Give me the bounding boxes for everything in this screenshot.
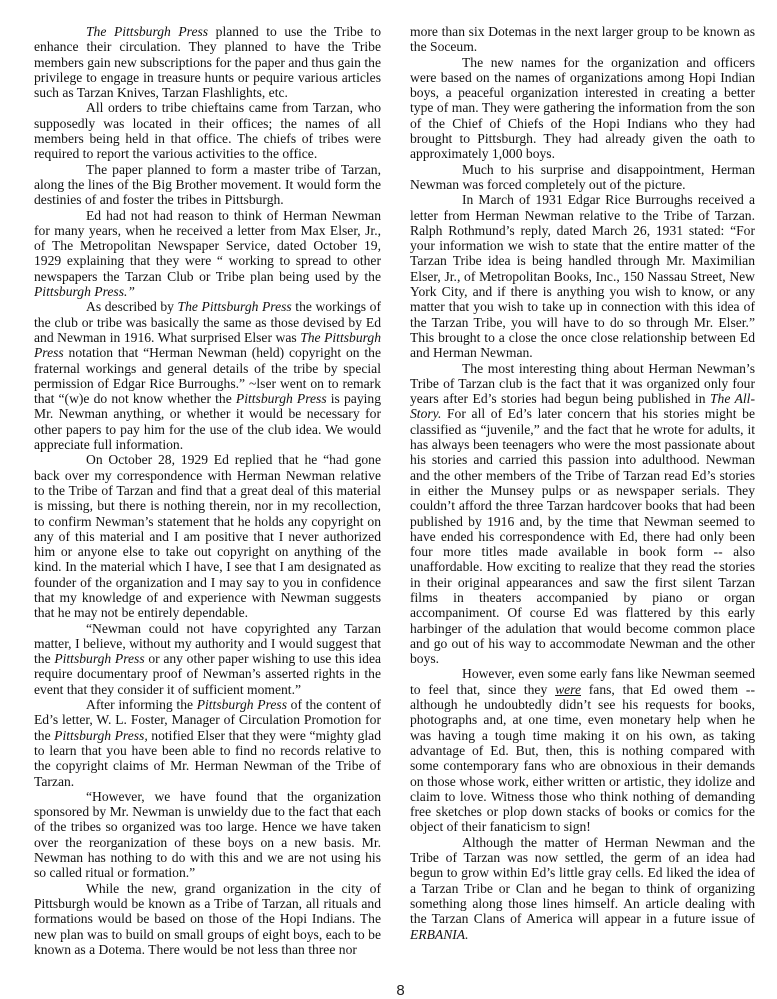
body-text: While the new, grand organization in the…	[34, 881, 381, 957]
body-text: Much to his surprise and disappointment,…	[410, 162, 755, 192]
paragraph-p13: Much to his surprise and disappointment,…	[410, 162, 755, 193]
paragraph-p16: However, even some early fans like Newma…	[410, 666, 755, 834]
body-text: On October 28, 1929 Ed replied that he “…	[34, 452, 381, 620]
document-page: The Pittsburgh Press planned to use the …	[0, 0, 777, 999]
paragraph-p14: In March of 1931 Edgar Rice Burroughs re…	[410, 192, 755, 360]
body-text: The paper planned to form a master tribe…	[34, 162, 381, 208]
body-text: Although the matter of Herman Newman and…	[410, 835, 755, 926]
paragraph-p7: “Newman could not have copyrighted any T…	[34, 621, 381, 697]
italic-text: were	[555, 682, 581, 697]
body-text: In March of 1931 Edgar Rice Burroughs re…	[410, 192, 755, 360]
paragraph-p10: While the new, grand organization in the…	[34, 881, 381, 957]
body-text: more than six Dotemas in the next larger…	[410, 24, 755, 54]
italic-text: Pittsburgh Press	[236, 391, 327, 406]
right-column: more than six Dotemas in the next larger…	[410, 24, 755, 942]
paragraph-p9: “However, we have found that the organiz…	[34, 789, 381, 881]
italic-text: Pittsburgh Press.”	[34, 284, 135, 299]
underlined-emphasis: were	[555, 682, 581, 697]
body-text: “However, we have found that the organiz…	[34, 789, 381, 880]
paragraph-p17: Although the matter of Herman Newman and…	[410, 835, 755, 942]
body-text: As described by	[86, 299, 178, 314]
paragraph-p6: On October 28, 1929 Ed replied that he “…	[34, 452, 381, 620]
paragraph-p12: The new names for the organization and o…	[410, 55, 755, 162]
body-text: The new names for the organization and o…	[410, 55, 755, 162]
italic-text: Pittsburgh Press	[54, 651, 144, 666]
body-text: For all of Ed’s later concern that his s…	[410, 406, 755, 666]
italic-text: Pittsburgh Press	[197, 697, 287, 712]
left-column: The Pittsburgh Press planned to use the …	[34, 24, 381, 957]
italic-text: The Pittsburgh Press	[178, 299, 292, 314]
page-number-text: 8	[396, 982, 404, 999]
italic-text: ERBANIA.	[410, 927, 469, 942]
paragraph-p8: After informing the Pittsburgh Press of …	[34, 697, 381, 789]
paragraph-p4: Ed had not had reason to think of Herman…	[34, 208, 381, 300]
paragraph-p15: The most interesting thing about Herman …	[410, 361, 755, 667]
paragraph-p2: All orders to tribe chieftains came from…	[34, 100, 381, 161]
body-text: The most interesting thing about Herman …	[410, 361, 755, 407]
paragraph-p1: The Pittsburgh Press planned to use the …	[34, 24, 381, 100]
body-text: Ed had not had reason to think of Herman…	[34, 208, 381, 284]
paragraph-p11: more than six Dotemas in the next larger…	[410, 24, 755, 55]
italic-text: The Pittsburgh Press	[86, 24, 208, 39]
paragraph-p3: The paper planned to form a master tribe…	[34, 162, 381, 208]
paragraph-p5: As described by The Pittsburgh Press the…	[34, 299, 381, 452]
body-text: After informing the	[86, 697, 197, 712]
body-text: All orders to tribe chieftains came from…	[34, 100, 381, 161]
body-text: fans, that Ed owed them -- although he u…	[410, 682, 755, 835]
italic-text: Pittsburgh Press,	[54, 728, 148, 743]
page-number: 8	[0, 983, 777, 998]
